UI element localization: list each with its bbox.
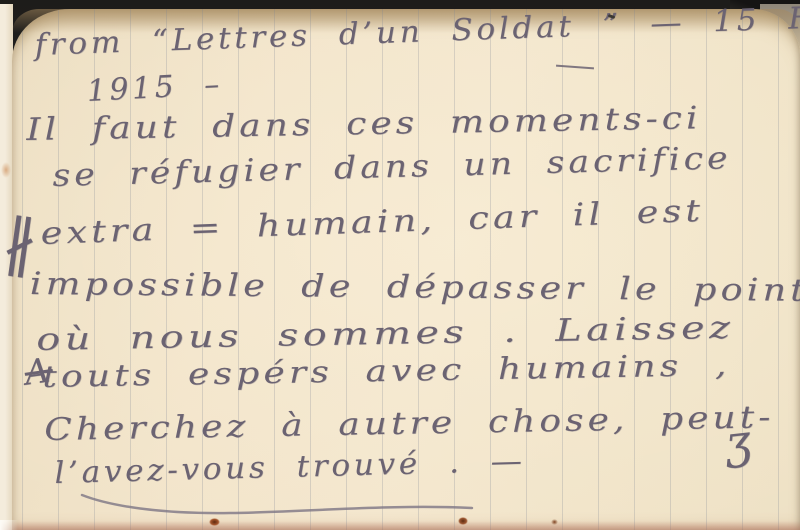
scan-bottom-left-sliver (0, 520, 18, 530)
scanned-notebook-page: from “Lettres d’un Soldat ” — 15 Feb 191… (0, 0, 800, 530)
handwriting-line-2: 1915 – (86, 67, 224, 109)
hand-underline (70, 490, 490, 518)
foxing-dot-3 (551, 519, 558, 525)
foxing-dot-2 (458, 517, 468, 525)
pen-flourish: ʒ (722, 413, 757, 470)
handwriting-line-6: impossible de dépasser le point (30, 266, 800, 309)
paper-stain-left (1, 162, 11, 178)
foxing-dot-1 (209, 518, 220, 526)
page-bottom-shadow (0, 521, 800, 530)
